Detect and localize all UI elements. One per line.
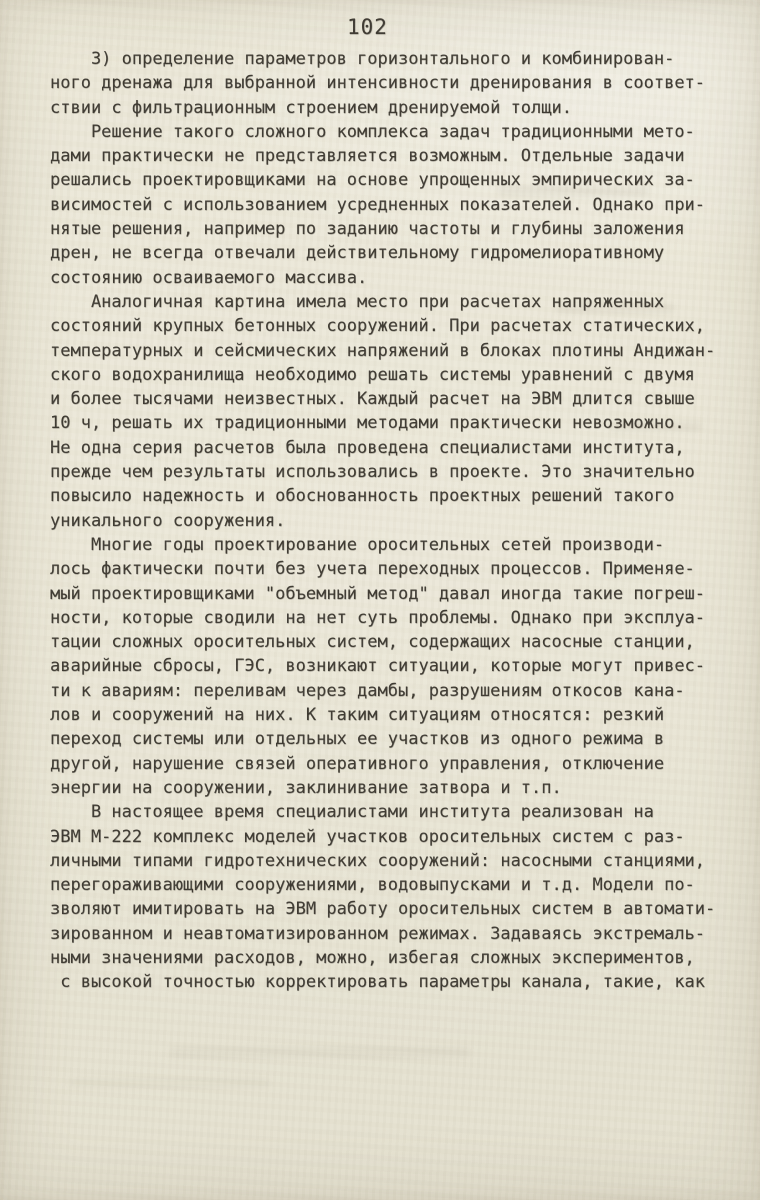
page-number: 102 [347,15,388,39]
text-line: дрен, не всегда отвечали действительному… [50,241,740,265]
text-line: ЭВМ М-222 комплекс моделей участков орос… [50,825,740,849]
text-line: состоянию осваиваемого массива. [50,266,740,290]
text-line: лось фактически почти без учета переходн… [50,557,740,581]
text-line: В настоящее время специалистами институт… [50,800,740,824]
bleedthrough-smudge [70,1078,270,1088]
text-line: дами практически не представляется возмо… [50,144,740,168]
text-line: ности, которые сводили на нет суть пробл… [50,606,740,630]
text-line: и более тысячами неизвестных. Каждый рас… [50,387,740,411]
text-line: аварийные сбросы, ГЭС, возникают ситуаци… [50,654,740,678]
text-line: зированном и неавтоматизированном режима… [50,922,740,946]
text-line: личными типами гидротехнических сооружен… [50,849,740,873]
text-line: Решение такого сложного комплекса задач … [50,120,740,144]
text-line: висимостей с использованием усредненных … [50,193,740,217]
text-line: мый проектировщиками "объемный метод" да… [50,582,740,606]
text-line: 10 ч, решать их традиционными методами п… [50,411,740,435]
text-line: с высокой точностью корректировать парам… [50,970,740,994]
text-line: тации сложных оросительных систем, содер… [50,630,740,654]
text-line: ными значениями расходов, можно, избегая… [50,946,740,970]
text-line: уникального сооружения. [50,509,740,533]
scanned-document-page: 102 3) определение параметров горизонтал… [0,0,760,1200]
text-line: нятые решения, например по заданию часто… [50,217,740,241]
text-line: переход системы или отдельных ее участко… [50,727,740,751]
text-line: Не одна серия расчетов была проведена сп… [50,436,740,460]
text-line: 3) определение параметров горизонтальног… [50,47,740,71]
text-line: Многие годы проектирование оросительных … [50,533,740,557]
text-line: ского водохранилища необходимо решать си… [50,363,740,387]
bleedthrough-smudge [170,1047,470,1058]
text-line: энергии на сооружении, заклинивание затв… [50,776,740,800]
text-line: состояний крупных бетонных сооружений. П… [50,314,740,338]
text-line: температурных и сейсмических напряжений … [50,339,740,363]
text-line: Аналогичная картина имела место при расч… [50,290,740,314]
text-line: решались проектировщиками на основе упро… [50,168,740,192]
text-line: перегораживающими сооружениями, водовыпу… [50,873,740,897]
typewritten-text-block: 3) определение параметров горизонтальног… [50,47,740,995]
text-line: ного дренажа для выбранной интенсивности… [50,71,740,95]
text-line: ствии с фильтрационным строением дрениру… [50,96,740,120]
text-line: ти к авариям: переливам через дамбы, раз… [50,679,740,703]
text-line: другой, нарушение связей оперативного уп… [50,752,740,776]
text-line: лов и сооружений на них. К таким ситуаци… [50,703,740,727]
text-line: зволяют имитировать на ЭВМ работу оросит… [50,897,740,921]
text-line: повысило надежность и обоснованность про… [50,484,740,508]
text-line: прежде чем результаты использовались в п… [50,460,740,484]
